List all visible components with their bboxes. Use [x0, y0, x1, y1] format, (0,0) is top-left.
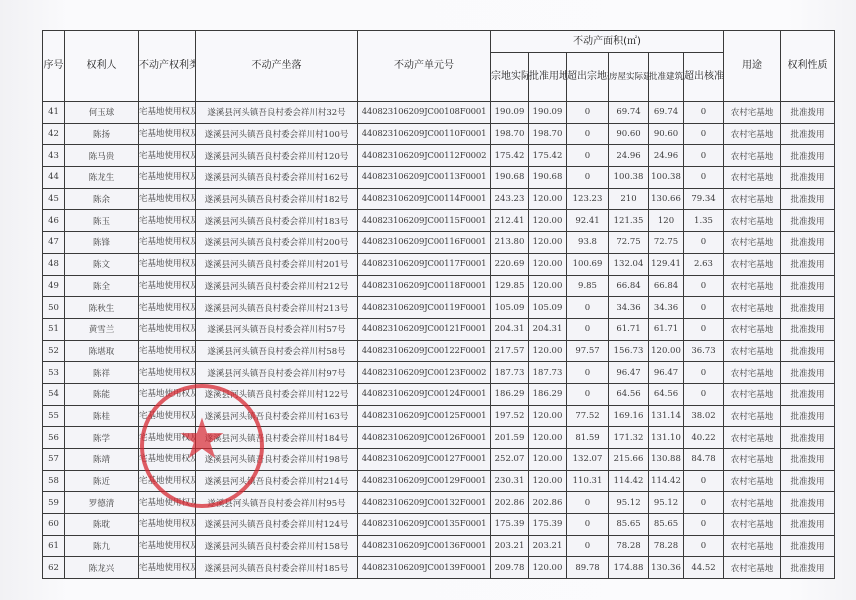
- table-row: 46 陈玉 宅基地使用权及房屋所有权 遂溪县河头镇吾良村委会祥川村183号 44…: [43, 210, 835, 232]
- cell-bldg-approved: 120.00: [649, 340, 684, 362]
- cell-use: 农村宅基地: [724, 557, 781, 579]
- cell-use: 农村宅基地: [724, 535, 781, 557]
- cell-owner: 陈全: [65, 275, 139, 297]
- cell-bldg-excess: 0: [684, 232, 724, 254]
- cell-use: 农村宅基地: [724, 297, 781, 319]
- cell-land-approved: 175.42: [529, 145, 567, 167]
- cell-unit-no: 440823106209JC00125F0001: [358, 405, 491, 427]
- cell-land-excess: 0: [567, 383, 609, 405]
- cell-owner: 罗德清: [65, 492, 139, 514]
- header-bldg-actual: 房屋实际建筑面积: [609, 53, 649, 102]
- cell-seq: 50: [43, 297, 65, 319]
- table-row: 54 陈能 宅基地使用权及房屋所有权 遂溪县河头镇吾良村委会祥川村122号 44…: [43, 383, 835, 405]
- cell-land-excess: 0: [567, 362, 609, 384]
- cell-land-actual: 243.23: [491, 188, 529, 210]
- cell-land-actual: 129.85: [491, 275, 529, 297]
- cell-bldg-actual: 78.28: [609, 535, 649, 557]
- cell-bldg-actual: 61.71: [609, 318, 649, 340]
- cell-land-approved: 120.00: [529, 210, 567, 232]
- cell-use: 农村宅基地: [724, 362, 781, 384]
- cell-right-type: 宅基地使用权及房屋所有权: [139, 167, 196, 189]
- cell-use: 农村宅基地: [724, 210, 781, 232]
- cell-land-excess: 0: [567, 535, 609, 557]
- cell-seq: 58: [43, 470, 65, 492]
- cell-bldg-approved: 61.71: [649, 318, 684, 340]
- cell-nature: 批准拨用: [781, 514, 835, 536]
- cell-seq: 56: [43, 427, 65, 449]
- cell-seq: 57: [43, 449, 65, 471]
- cell-seq: 47: [43, 232, 65, 254]
- table-row: 45 陈余 宅基地使用权及房屋所有权 遂溪县河头镇吾良村委会祥川村182号 44…: [43, 188, 835, 210]
- cell-seq: 48: [43, 253, 65, 275]
- cell-bldg-actual: 171.32: [609, 427, 649, 449]
- cell-right-type: 宅基地使用权及房屋所有权: [139, 232, 196, 254]
- cell-bldg-approved: 100.38: [649, 167, 684, 189]
- cell-nature: 批准拨用: [781, 427, 835, 449]
- cell-land-actual: 190.09: [491, 102, 529, 124]
- cell-land-excess: 89.78: [567, 557, 609, 579]
- cell-bldg-approved: 95.12: [649, 492, 684, 514]
- table-row: 41 何玉球 宅基地使用权及房屋所有权 遂溪县河头镇吾良村委会祥川村32号 44…: [43, 102, 835, 124]
- header-nature: 权利性质: [781, 31, 835, 102]
- cell-right-type: 宅基地使用权及房屋所有权: [139, 514, 196, 536]
- cell-nature: 批准拨用: [781, 535, 835, 557]
- cell-bldg-approved: 120: [649, 210, 684, 232]
- cell-right-type: 宅基地使用权及房屋所有权: [139, 427, 196, 449]
- cell-land-actual: 198.70: [491, 123, 529, 145]
- table-row: 42 陈扬 宅基地使用权及房屋所有权 遂溪县河头镇吾良村委会祥川村100号 44…: [43, 123, 835, 145]
- cell-bldg-excess: 0: [684, 102, 724, 124]
- header-unit-no: 不动产单元号: [358, 31, 491, 102]
- cell-land-excess: 9.85: [567, 275, 609, 297]
- cell-land-approved: 190.68: [529, 167, 567, 189]
- cell-land-actual: 105.09: [491, 297, 529, 319]
- cell-seq: 53: [43, 362, 65, 384]
- cell-bldg-approved: 90.60: [649, 123, 684, 145]
- cell-unit-no: 440823106209JC00117F0001: [358, 253, 491, 275]
- cell-owner: 陈祥: [65, 362, 139, 384]
- cell-bldg-excess: 0: [684, 275, 724, 297]
- cell-land-excess: 0: [567, 297, 609, 319]
- cell-right-type: 宅基地使用权及房屋所有权: [139, 449, 196, 471]
- cell-use: 农村宅基地: [724, 405, 781, 427]
- cell-location: 遂溪县河头镇吾良村委会祥川村185号: [196, 557, 358, 579]
- cell-location: 遂溪县河头镇吾良村委会祥川村213号: [196, 297, 358, 319]
- cell-bldg-approved: 78.28: [649, 535, 684, 557]
- table-row: 49 陈全 宅基地使用权及房屋所有权 遂溪县河头镇吾良村委会祥川村212号 44…: [43, 275, 835, 297]
- cell-use: 农村宅基地: [724, 253, 781, 275]
- cell-bldg-excess: 0: [684, 383, 724, 405]
- cell-owner: 陈学: [65, 427, 139, 449]
- table-row: 59 罗德清 宅基地使用权及房屋所有权 遂溪县河头镇吾良村委会祥川村95号 44…: [43, 492, 835, 514]
- cell-seq: 51: [43, 318, 65, 340]
- cell-use: 农村宅基地: [724, 145, 781, 167]
- cell-bldg-actual: 96.47: [609, 362, 649, 384]
- cell-location: 遂溪县河头镇吾良村委会祥川村183号: [196, 210, 358, 232]
- cell-unit-no: 440823106209JC00124F0001: [358, 383, 491, 405]
- cell-land-approved: 190.09: [529, 102, 567, 124]
- table-row: 47 陈锋 宅基地使用权及房屋所有权 遂溪县河头镇吾良村委会祥川村200号 44…: [43, 232, 835, 254]
- cell-nature: 批准拨用: [781, 492, 835, 514]
- cell-land-actual: 201.59: [491, 427, 529, 449]
- cell-land-approved: 120.00: [529, 405, 567, 427]
- cell-unit-no: 440823106209JC00123F0002: [358, 362, 491, 384]
- cell-use: 农村宅基地: [724, 449, 781, 471]
- cell-seq: 52: [43, 340, 65, 362]
- cell-nature: 批准拨用: [781, 405, 835, 427]
- cell-seq: 62: [43, 557, 65, 579]
- cell-seq: 49: [43, 275, 65, 297]
- cell-bldg-approved: 64.56: [649, 383, 684, 405]
- cell-bldg-approved: 24.96: [649, 145, 684, 167]
- header-seq: 序号: [43, 31, 65, 102]
- cell-right-type: 宅基地使用权及房屋所有权: [139, 557, 196, 579]
- cell-land-excess: 0: [567, 492, 609, 514]
- cell-use: 农村宅基地: [724, 514, 781, 536]
- cell-owner: 陈桂: [65, 405, 139, 427]
- cell-location: 遂溪县河头镇吾良村委会祥川村184号: [196, 427, 358, 449]
- cell-owner: 陈耽: [65, 514, 139, 536]
- cell-land-excess: 123.23: [567, 188, 609, 210]
- cell-seq: 60: [43, 514, 65, 536]
- cell-land-approved: 120.00: [529, 253, 567, 275]
- cell-bldg-actual: 210: [609, 188, 649, 210]
- cell-owner: 陈龙生: [65, 167, 139, 189]
- header-location: 不动产坐落: [196, 31, 358, 102]
- cell-land-actual: 212.41: [491, 210, 529, 232]
- table-row: 62 陈龙兴 宅基地使用权及房屋所有权 遂溪县河头镇吾良村委会祥川村185号 4…: [43, 557, 835, 579]
- cell-bldg-excess: 1.35: [684, 210, 724, 232]
- cell-unit-no: 440823106209JC00127F0001: [358, 449, 491, 471]
- cell-location: 遂溪县河头镇吾良村委会祥川村32号: [196, 102, 358, 124]
- cell-use: 农村宅基地: [724, 340, 781, 362]
- cell-bldg-excess: 0: [684, 167, 724, 189]
- table-row: 50 陈秋生 宅基地使用权及房屋所有权 遂溪县河头镇吾良村委会祥川村213号 4…: [43, 297, 835, 319]
- header-bldg-excess: 超出核准登记房屋建筑面积: [684, 53, 724, 102]
- cell-unit-no: 440823106209JC00136F0001: [358, 535, 491, 557]
- cell-nature: 批准拨用: [781, 253, 835, 275]
- cell-land-actual: 197.52: [491, 405, 529, 427]
- cell-bldg-actual: 90.60: [609, 123, 649, 145]
- cell-land-approved: 120.00: [529, 340, 567, 362]
- cell-seq: 59: [43, 492, 65, 514]
- cell-location: 遂溪县河头镇吾良村委会祥川村163号: [196, 405, 358, 427]
- cell-location: 遂溪县河头镇吾良村委会祥川村95号: [196, 492, 358, 514]
- cell-land-excess: 81.59: [567, 427, 609, 449]
- cell-bldg-actual: 169.16: [609, 405, 649, 427]
- cell-land-approved: 202.86: [529, 492, 567, 514]
- cell-bldg-approved: 72.75: [649, 232, 684, 254]
- cell-land-approved: 187.73: [529, 362, 567, 384]
- cell-unit-no: 440823106209JC00108F0001: [358, 102, 491, 124]
- cell-land-approved: 120.00: [529, 232, 567, 254]
- cell-land-approved: 198.70: [529, 123, 567, 145]
- cell-nature: 批准拨用: [781, 557, 835, 579]
- cell-nature: 批准拨用: [781, 232, 835, 254]
- cell-unit-no: 440823106209JC00121F0001: [358, 318, 491, 340]
- cell-bldg-approved: 66.84: [649, 275, 684, 297]
- cell-bldg-actual: 156.73: [609, 340, 649, 362]
- cell-bldg-excess: 36.73: [684, 340, 724, 362]
- cell-bldg-actual: 121.35: [609, 210, 649, 232]
- cell-seq: 44: [43, 167, 65, 189]
- cell-land-approved: 186.29: [529, 383, 567, 405]
- cell-right-type: 宅基地使用权及房屋所有权: [139, 275, 196, 297]
- cell-land-actual: 213.80: [491, 232, 529, 254]
- header-area-group: 不动产面积(㎡): [491, 31, 724, 53]
- cell-right-type: 宅基地使用权及房屋所有权: [139, 383, 196, 405]
- cell-bldg-excess: 0: [684, 362, 724, 384]
- cell-unit-no: 440823106209JC00126F0001: [358, 427, 491, 449]
- cell-land-excess: 0: [567, 318, 609, 340]
- table-row: 43 陈马贵 宅基地使用权及房屋所有权 遂溪县河头镇吾良村委会祥川村120号 4…: [43, 145, 835, 167]
- cell-land-actual: 203.21: [491, 535, 529, 557]
- cell-land-excess: 0: [567, 514, 609, 536]
- cell-unit-no: 440823106209JC00135F0001: [358, 514, 491, 536]
- cell-bldg-actual: 72.75: [609, 232, 649, 254]
- header-land-approved: 批准用地面积: [529, 53, 567, 102]
- cell-land-actual: 190.68: [491, 167, 529, 189]
- header-right-type: 不动产权利类型: [139, 31, 196, 102]
- cell-bldg-actual: 85.65: [609, 514, 649, 536]
- cell-location: 遂溪县河头镇吾良村委会祥川村57号: [196, 318, 358, 340]
- cell-nature: 批准拨用: [781, 297, 835, 319]
- cell-use: 农村宅基地: [724, 102, 781, 124]
- cell-owner: 陈九: [65, 535, 139, 557]
- cell-seq: 45: [43, 188, 65, 210]
- cell-nature: 批准拨用: [781, 340, 835, 362]
- cell-unit-no: 440823106209JC00116F0001: [358, 232, 491, 254]
- cell-unit-no: 440823106209JC00110F0001: [358, 123, 491, 145]
- property-registry-table: 序号 权利人 不动产权利类型 不动产坐落 不动产单元号 不动产面积(㎡) 用途 …: [42, 30, 835, 579]
- cell-bldg-excess: 0: [684, 145, 724, 167]
- cell-use: 农村宅基地: [724, 232, 781, 254]
- cell-bldg-approved: 34.36: [649, 297, 684, 319]
- cell-right-type: 宅基地使用权及房屋所有权: [139, 145, 196, 167]
- cell-unit-no: 440823106209JC00115F0001: [358, 210, 491, 232]
- cell-bldg-approved: 130.36: [649, 557, 684, 579]
- table-row: 48 陈文 宅基地使用权及房屋所有权 遂溪县河头镇吾良村委会祥川村201号 44…: [43, 253, 835, 275]
- cell-use: 农村宅基地: [724, 275, 781, 297]
- cell-bldg-actual: 64.56: [609, 383, 649, 405]
- cell-location: 遂溪县河头镇吾良村委会祥川村158号: [196, 535, 358, 557]
- cell-seq: 46: [43, 210, 65, 232]
- cell-right-type: 宅基地使用权及房屋所有权: [139, 188, 196, 210]
- cell-land-excess: 97.57: [567, 340, 609, 362]
- cell-nature: 批准拨用: [781, 145, 835, 167]
- cell-bldg-excess: 0: [684, 123, 724, 145]
- cell-owner: 陈扬: [65, 123, 139, 145]
- cell-right-type: 宅基地使用权及房屋所有权: [139, 318, 196, 340]
- cell-owner: 陈玉: [65, 210, 139, 232]
- cell-owner: 陈近: [65, 470, 139, 492]
- cell-bldg-actual: 174.88: [609, 557, 649, 579]
- cell-bldg-excess: 0: [684, 470, 724, 492]
- cell-land-excess: 0: [567, 123, 609, 145]
- cell-nature: 批准拨用: [781, 470, 835, 492]
- cell-unit-no: 440823106209JC00118F0001: [358, 275, 491, 297]
- cell-use: 农村宅基地: [724, 123, 781, 145]
- cell-bldg-actual: 66.84: [609, 275, 649, 297]
- cell-right-type: 宅基地使用权及房屋所有权: [139, 102, 196, 124]
- table-row: 60 陈耽 宅基地使用权及房屋所有权 遂溪县河头镇吾良村委会祥川村124号 44…: [43, 514, 835, 536]
- cell-use: 农村宅基地: [724, 167, 781, 189]
- cell-bldg-approved: 130.88: [649, 449, 684, 471]
- cell-right-type: 宅基地使用权及房屋所有权: [139, 340, 196, 362]
- cell-right-type: 宅基地使用权及房屋所有权: [139, 210, 196, 232]
- cell-nature: 批准拨用: [781, 188, 835, 210]
- cell-bldg-approved: 114.42: [649, 470, 684, 492]
- cell-nature: 批准拨用: [781, 362, 835, 384]
- cell-land-approved: 120.00: [529, 470, 567, 492]
- cell-unit-no: 440823106209JC00129F0001: [358, 470, 491, 492]
- cell-bldg-approved: 96.47: [649, 362, 684, 384]
- cell-owner: 陈余: [65, 188, 139, 210]
- table-row: 56 陈学 宅基地使用权及房屋所有权 遂溪县河头镇吾良村委会祥川村184号 44…: [43, 427, 835, 449]
- cell-right-type: 宅基地使用权及房屋所有权: [139, 535, 196, 557]
- cell-bldg-approved: 129.41: [649, 253, 684, 275]
- cell-right-type: 宅基地使用权及房屋所有权: [139, 492, 196, 514]
- cell-bldg-excess: 84.78: [684, 449, 724, 471]
- cell-nature: 批准拨用: [781, 210, 835, 232]
- cell-land-excess: 100.69: [567, 253, 609, 275]
- cell-right-type: 宅基地使用权及房屋所有权: [139, 297, 196, 319]
- cell-land-actual: 252.07: [491, 449, 529, 471]
- cell-land-actual: 217.57: [491, 340, 529, 362]
- cell-location: 遂溪县河头镇吾良村委会祥川村201号: [196, 253, 358, 275]
- cell-seq: 54: [43, 383, 65, 405]
- cell-bldg-approved: 131.14: [649, 405, 684, 427]
- cell-location: 遂溪县河头镇吾良村委会祥川村198号: [196, 449, 358, 471]
- cell-location: 遂溪县河头镇吾良村委会祥川村58号: [196, 340, 358, 362]
- cell-location: 遂溪县河头镇吾良村委会祥川村214号: [196, 470, 358, 492]
- cell-location: 遂溪县河头镇吾良村委会祥川村122号: [196, 383, 358, 405]
- cell-bldg-actual: 215.66: [609, 449, 649, 471]
- table-row: 53 陈祥 宅基地使用权及房屋所有权 遂溪县河头镇吾良村委会祥川村97号 440…: [43, 362, 835, 384]
- cell-bldg-excess: 38.02: [684, 405, 724, 427]
- cell-nature: 批准拨用: [781, 383, 835, 405]
- cell-bldg-approved: 69.74: [649, 102, 684, 124]
- cell-right-type: 宅基地使用权及房屋所有权: [139, 253, 196, 275]
- cell-owner: 陈堪取: [65, 340, 139, 362]
- cell-location: 遂溪县河头镇吾良村委会祥川村162号: [196, 167, 358, 189]
- cell-nature: 批准拨用: [781, 318, 835, 340]
- cell-land-approved: 120.00: [529, 427, 567, 449]
- cell-bldg-actual: 95.12: [609, 492, 649, 514]
- cell-seq: 41: [43, 102, 65, 124]
- cell-owner: 陈文: [65, 253, 139, 275]
- cell-owner: 陈锋: [65, 232, 139, 254]
- cell-land-approved: 105.09: [529, 297, 567, 319]
- cell-land-actual: 230.31: [491, 470, 529, 492]
- table-row: 57 陈靖 宅基地使用权及房屋所有权 遂溪县河头镇吾良村委会祥川村198号 44…: [43, 449, 835, 471]
- cell-land-excess: 132.07: [567, 449, 609, 471]
- cell-use: 农村宅基地: [724, 188, 781, 210]
- cell-bldg-excess: 0: [684, 318, 724, 340]
- cell-bldg-actual: 69.74: [609, 102, 649, 124]
- cell-owner: 陈能: [65, 383, 139, 405]
- table-row: 44 陈龙生 宅基地使用权及房屋所有权 遂溪县河头镇吾良村委会祥川村162号 4…: [43, 167, 835, 189]
- cell-land-approved: 175.39: [529, 514, 567, 536]
- cell-bldg-actual: 34.36: [609, 297, 649, 319]
- cell-nature: 批准拨用: [781, 102, 835, 124]
- cell-land-actual: 202.86: [491, 492, 529, 514]
- cell-right-type: 宅基地使用权及房屋所有权: [139, 123, 196, 145]
- cell-use: 农村宅基地: [724, 492, 781, 514]
- cell-bldg-excess: 0: [684, 492, 724, 514]
- cell-unit-no: 440823106209JC00122F0001: [358, 340, 491, 362]
- cell-seq: 55: [43, 405, 65, 427]
- table-row: 51 黄雪兰 宅基地使用权及房屋所有权 遂溪县河头镇吾良村委会祥川村57号 44…: [43, 318, 835, 340]
- cell-bldg-excess: 0: [684, 535, 724, 557]
- cell-unit-no: 440823106209JC00113F0001: [358, 167, 491, 189]
- cell-bldg-actual: 132.04: [609, 253, 649, 275]
- cell-land-approved: 120.00: [529, 557, 567, 579]
- cell-nature: 批准拨用: [781, 449, 835, 471]
- table-row: 61 陈九 宅基地使用权及房屋所有权 遂溪县河头镇吾良村委会祥川村158号 44…: [43, 535, 835, 557]
- cell-land-approved: 203.21: [529, 535, 567, 557]
- table-header: 序号 权利人 不动产权利类型 不动产坐落 不动产单元号 不动产面积(㎡) 用途 …: [43, 31, 835, 102]
- cell-use: 农村宅基地: [724, 470, 781, 492]
- cell-location: 遂溪县河头镇吾良村委会祥川村212号: [196, 275, 358, 297]
- header-use: 用途: [724, 31, 781, 102]
- cell-land-excess: 0: [567, 167, 609, 189]
- table-row: 55 陈桂 宅基地使用权及房屋所有权 遂溪县河头镇吾良村委会祥川村163号 44…: [43, 405, 835, 427]
- cell-land-excess: 110.31: [567, 470, 609, 492]
- header-owner: 权利人: [65, 31, 139, 102]
- cell-seq: 43: [43, 145, 65, 167]
- cell-land-excess: 0: [567, 145, 609, 167]
- cell-owner: 陈秋生: [65, 297, 139, 319]
- document-page: 序号 权利人 不动产权利类型 不动产坐落 不动产单元号 不动产面积(㎡) 用途 …: [0, 0, 856, 600]
- cell-land-actual: 175.42: [491, 145, 529, 167]
- cell-right-type: 宅基地使用权及房屋所有权: [139, 362, 196, 384]
- cell-nature: 批准拨用: [781, 275, 835, 297]
- cell-use: 农村宅基地: [724, 318, 781, 340]
- cell-bldg-excess: 40.22: [684, 427, 724, 449]
- cell-bldg-actual: 114.42: [609, 470, 649, 492]
- cell-unit-no: 440823106209JC00139F0001: [358, 557, 491, 579]
- cell-unit-no: 440823106209JC00114F0001: [358, 188, 491, 210]
- cell-land-actual: 187.73: [491, 362, 529, 384]
- cell-land-excess: 92.41: [567, 210, 609, 232]
- cell-land-approved: 120.00: [529, 188, 567, 210]
- cell-right-type: 宅基地使用权及房屋所有权: [139, 405, 196, 427]
- cell-bldg-approved: 85.65: [649, 514, 684, 536]
- cell-location: 遂溪县河头镇吾良村委会祥川村124号: [196, 514, 358, 536]
- cell-location: 遂溪县河头镇吾良村委会祥川村200号: [196, 232, 358, 254]
- cell-bldg-excess: 79.34: [684, 188, 724, 210]
- cell-location: 遂溪县河头镇吾良村委会祥川村120号: [196, 145, 358, 167]
- header-land-actual: 宗地实际面积: [491, 53, 529, 102]
- header-land-excess: 超出宗地批准用地面积: [567, 53, 609, 102]
- cell-land-actual: 186.29: [491, 383, 529, 405]
- cell-owner: 陈龙兴: [65, 557, 139, 579]
- cell-land-approved: 120.00: [529, 275, 567, 297]
- cell-bldg-actual: 100.38: [609, 167, 649, 189]
- cell-use: 农村宅基地: [724, 427, 781, 449]
- cell-land-approved: 120.00: [529, 449, 567, 471]
- table-row: 58 陈近 宅基地使用权及房屋所有权 遂溪县河头镇吾良村委会祥川村214号 44…: [43, 470, 835, 492]
- cell-land-actual: 204.31: [491, 318, 529, 340]
- cell-land-actual: 220.69: [491, 253, 529, 275]
- cell-unit-no: 440823106209JC00119F0001: [358, 297, 491, 319]
- cell-land-excess: 93.8: [567, 232, 609, 254]
- cell-land-excess: 0: [567, 102, 609, 124]
- cell-right-type: 宅基地使用权及房屋所有权: [139, 470, 196, 492]
- cell-land-excess: 77.52: [567, 405, 609, 427]
- cell-owner: 陈靖: [65, 449, 139, 471]
